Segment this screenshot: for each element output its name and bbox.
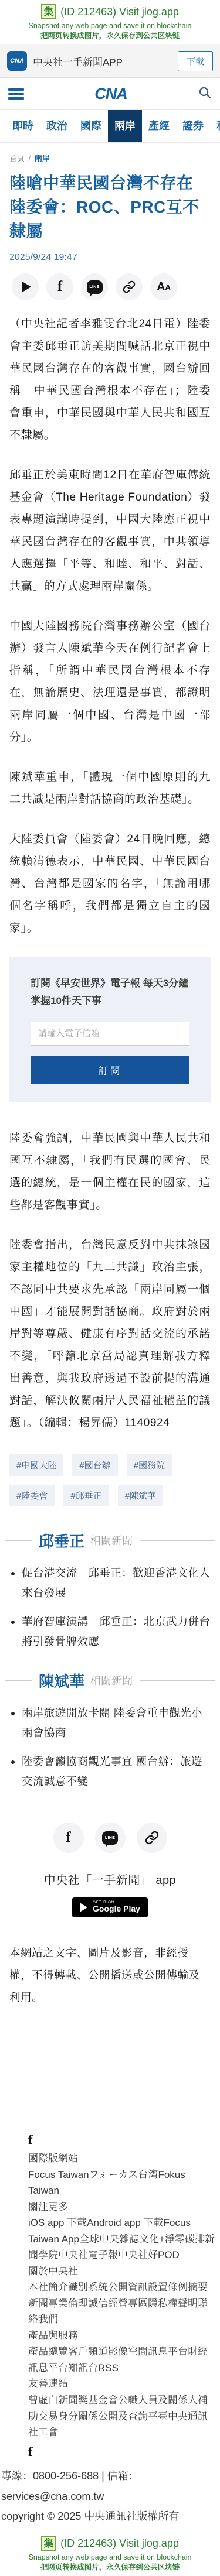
nav-item-instant[interactable]: 即時 (6, 110, 40, 142)
footer-link[interactable]: 客戶頻道 (68, 2346, 108, 2357)
app-promo: 中央社「一手新聞」 app GET IT ON Google Play (0, 1871, 220, 1917)
footer-link[interactable]: 中央社好POD (118, 2249, 180, 2260)
footer-heading[interactable]: 友善連結 (28, 2376, 216, 2392)
footer-copyright: copyright © 2025 中央通訊社版權所有 (0, 2507, 220, 2532)
text-to-speech-play-button[interactable] (12, 273, 39, 300)
promo-banner-subtitle-en: Snapshot any web page and save it on blo… (0, 2553, 220, 2563)
related-keyword-link[interactable]: 邱垂正 (39, 1530, 84, 1551)
link-icon (145, 1831, 159, 1845)
footer-group-products: 產品與服務 產品總覽客戶頻道影像空間訊息平台財經訊息平台知訊台RSS (28, 2328, 216, 2376)
copy-link-button[interactable] (137, 1823, 167, 1853)
jlog-logo-icon: 集 (41, 2536, 56, 2551)
article-body: （中央社記者李雅雯台北24日電）陸委會主委邱垂正訪美期間喊話北京正視中華民國台灣… (0, 307, 220, 940)
facebook-icon: f (57, 279, 62, 295)
google-play-badge-bottom: Google Play (93, 1904, 140, 1913)
menu-icon[interactable] (8, 88, 24, 100)
related-news-link[interactable]: 兩岸旅遊開放卡關 陸委會重申觀光小兩會協商 (22, 1703, 211, 1743)
breadcrumb-separator: / (29, 154, 31, 163)
footer-link[interactable]: 知訊台 (68, 2362, 98, 2373)
promo-banner-subtitle-en: Snapshot any web page and save it on blo… (0, 21, 220, 31)
hashtag-link[interactable]: #邱垂正 (63, 1485, 109, 1506)
share-toolbar: f LINE AA (0, 264, 220, 307)
font-size-icon: A (157, 280, 165, 294)
app-bar-title: 中央社一手新聞APP (33, 54, 178, 68)
site-header: CNA (0, 78, 220, 109)
footer-heading[interactable]: 關注更多 (28, 2199, 216, 2215)
site-footer: f 國際版網站 Focus Taiwanフォーカス台湾Fokus Taiwan … (0, 2129, 220, 2532)
cna-app-icon: CNA (7, 51, 27, 71)
footer-link[interactable]: RSS (98, 2362, 119, 2373)
newsletter-subscribe-button[interactable]: 訂閱 (31, 1056, 189, 1084)
nav-item-politics[interactable]: 政治 (40, 110, 74, 142)
related-news-link[interactable]: 華府智庫演講 邱垂正：北京武力併台將引發骨牌效應 (22, 1612, 211, 1652)
facebook-icon[interactable]: f (28, 2444, 33, 2459)
article-paragraph: （中央社記者李雅雯台北24日電）陸委會主委邱垂正訪美期間喊話北京正視中華民國台灣… (9, 313, 211, 447)
line-icon: LINE (102, 1831, 118, 1845)
article-paragraph: 陸委會強調，中華民國與中華人民共和國互不隸屬，「我們有民選的國會、民選的總統，是… (9, 1128, 211, 1217)
footer-heading[interactable]: 產品與服務 (28, 2328, 216, 2344)
divider-line (5, 1540, 32, 1541)
article-title: 陸嗆中華民國台灣不存在 陸委會：ROC、PRC互不隸屬 (9, 172, 211, 243)
facebook-icon[interactable]: f (28, 2132, 33, 2147)
footer-heading[interactable]: 關於中央社 (28, 2263, 216, 2280)
search-icon[interactable] (198, 85, 212, 102)
related-label: 相關新聞 (90, 1673, 133, 1688)
newsletter-heading: 訂閱《早安世界》電子報 每天3分鐘掌握10件天下事 (31, 975, 189, 1010)
footer-link[interactable]: Focus Taiwanフォーカス台湾 (28, 2169, 158, 2180)
divider-line (140, 1540, 215, 1541)
share-line-button[interactable]: LINE (81, 273, 108, 300)
footer-link[interactable]: 公開資訊 (108, 2282, 148, 2293)
article-paragraph: 大陸委員會（陸委會）24日晚回應，總統賴清德表示，中華民國、中華民國台灣、台灣都… (9, 828, 211, 940)
footer-link[interactable]: 新聞專業倫理 (28, 2298, 88, 2309)
google-play-badge[interactable]: GET IT ON Google Play (72, 1897, 148, 1917)
promo-banner-title[interactable]: (ID 212463) Visit jlog.app (60, 6, 179, 18)
footer-link[interactable]: 識別系統 (68, 2282, 108, 2293)
hashtag-link[interactable]: #陳斌華 (118, 1485, 163, 1506)
category-nav: 即時 政治 國際 兩岸 產經 證券 科技 (0, 109, 220, 143)
footer-group-international: 國際版網站 Focus Taiwanフォーカス台湾Fokus Taiwan (28, 2150, 216, 2199)
footer-link[interactable]: Android app 下載 (87, 2217, 163, 2228)
breadcrumb-section[interactable]: 兩岸 (35, 154, 50, 163)
promo-banner-subtitle-zh: 把网页转换成图片，永久保存到公共区块链 (0, 31, 220, 42)
nav-item-cross-strait[interactable]: 兩岸 (108, 110, 142, 142)
google-play-icon (80, 1903, 87, 1912)
cna-logo[interactable]: CNA (94, 85, 127, 103)
footer-contact: 專線：0800-256-688 | 信箱：services@cna.com.tw (0, 2462, 220, 2507)
share-facebook-button[interactable]: f (46, 273, 73, 300)
footer-link[interactable]: 隱私權聲明 (148, 2298, 198, 2309)
promo-banner-title[interactable]: (ID 212463) Visit jlog.app (60, 2537, 179, 2550)
hashtag-link[interactable]: #國台辦 (72, 1454, 117, 1476)
related-news-link[interactable]: 促台港交流 邱垂正：歡迎香港文化人來台發展 (22, 1563, 211, 1603)
related-keyword-link[interactable]: 陳斌華 (39, 1670, 84, 1691)
article-paragraph: 陳斌華重申，「體現一個中國原則的九二共識是兩岸對話協商的政治基礎」。 (9, 766, 211, 811)
divider-line (140, 1680, 215, 1681)
app-promo-title: 中央社「一手新聞」 app (0, 1871, 220, 1888)
footer-link[interactable]: iOS app 下載 (28, 2217, 87, 2228)
footer-link[interactable]: 本社簡介 (28, 2282, 68, 2293)
footer-group-follow: 關注更多 iOS app 下載Android app 下載Focus Taiwa… (28, 2199, 216, 2263)
divider-line (5, 1680, 32, 1681)
newsletter-box: 訂閱《早安世界》電子報 每天3分鐘掌握10件天下事 訂閱 (9, 957, 211, 1102)
hashtag-list: #中國大陸#國台辦#國務院#陸委會#邱垂正#陳斌華 (0, 1452, 220, 1512)
newsletter-email-input[interactable] (31, 1022, 189, 1046)
footer-link[interactable]: 訊息平台 (148, 2346, 188, 2357)
nav-item-economy[interactable]: 產經 (142, 110, 176, 142)
blank-space (0, 2009, 220, 2129)
footer-link[interactable]: 產品總覽 (28, 2346, 68, 2357)
link-icon (123, 280, 136, 293)
line-icon: LINE (87, 280, 103, 294)
footer-link[interactable]: 文化+ (139, 2234, 165, 2245)
nav-item-securities[interactable]: 證券 (176, 110, 210, 142)
related-news-list: 促台港交流 邱垂正：歡迎香港文化人來台發展華府智庫演講 邱垂正：北京武力併台將引… (9, 1563, 211, 1652)
footer-group-about: 關於中央社 本社簡介識別系統公開資訊設置條例摘要新聞專業倫理誠信經營專區隱私權聲… (28, 2263, 216, 2328)
related-news-list: 兩岸旅遊開放卡關 陸委會重申觀光小兩會協商陸委會籲協商觀光事宜 國台辦：旅遊交流… (9, 1703, 211, 1792)
article-paragraph: 中國大陸國務院台灣事務辦公室（國台辦）發言人陳斌華今天在例行記者會上指稱，「所謂… (9, 615, 211, 749)
related-label: 相關新聞 (90, 1533, 133, 1548)
footer-heading[interactable]: 國際版網站 (28, 2150, 216, 2167)
promo-banner-bottom: 集 (ID 212463) Visit jlog.app Snapshot an… (0, 2532, 220, 2576)
play-icon (22, 282, 31, 292)
footer-link[interactable]: 曾虛白新聞獎基金會 (28, 2395, 118, 2406)
footer-link[interactable]: 全球中央雜誌 (79, 2234, 139, 2245)
article-paragraph: 陸委會指出，台灣民意反對中共抹煞國家主權地位的「九二共識」政治主張，不認同中共要… (9, 1234, 211, 1434)
footer-link[interactable]: 淨零碳排 (165, 2234, 205, 2245)
hashtag-link[interactable]: #中國大陸 (9, 1454, 63, 1476)
nav-item-world[interactable]: 國際 (74, 110, 108, 142)
nav-item-technology[interactable]: 科技 (210, 110, 220, 142)
related-news-link[interactable]: 陸委會籲協商觀光事宜 國台辦：旅遊交流誠意不變 (22, 1752, 211, 1791)
footer-link[interactable]: 中央社電子報 (58, 2249, 118, 2260)
share-line-button[interactable]: LINE (95, 1823, 126, 1853)
article-paragraph: 邱垂正於美東時間12日在華府智庫傳統基金會（The Heritage Found… (9, 464, 211, 598)
app-download-bar: CNA 中央社一手新聞APP 下載 (0, 44, 220, 78)
article-date: 2025/9/24 19:47 (9, 252, 211, 263)
footer-link[interactable]: 影像空間 (108, 2346, 148, 2357)
promo-banner-top: 集 (ID 212463) Visit jlog.app Snapshot an… (0, 0, 220, 44)
promo-banner-subtitle-zh: 把网页转换成图片，永久保存到公共区块链 (0, 2563, 220, 2573)
facebook-icon: f (66, 1830, 70, 1846)
font-size-button[interactable]: AA (150, 273, 177, 300)
footer-link[interactable]: 誠信經營專區 (88, 2298, 148, 2309)
copyright-notice: 本網站之文字、圖片及影音，非經授權，不得轉載、公開播送或公開傳輸及利用。 (9, 1942, 211, 2009)
copy-link-button[interactable] (116, 273, 143, 300)
breadcrumb: 首頁 / 兩岸 (0, 143, 220, 166)
article-body-continued: 陸委會強調，中華民國與中華人民共和國互不隸屬，「我們有民選的國會、民選的總統，是… (0, 1122, 220, 1434)
breadcrumb-home[interactable]: 首頁 (9, 154, 25, 163)
share-toolbar-bottom: f LINE (0, 1800, 220, 1859)
jlog-logo-icon: 集 (41, 4, 56, 19)
related-news-section-2: 陳斌華 相關新聞 兩岸旅遊開放卡關 陸委會重申觀光小兩會協商陸委會籲協商觀光事宜… (0, 1670, 220, 1792)
footer-link[interactable]: 設置條例摘要 (148, 2282, 208, 2293)
hashtag-link[interactable]: #國務院 (127, 1454, 172, 1476)
footer-group-friendly-links: 友善連結 曾虛白新聞獎基金會公職人員及關係人補助交易身分關係公開及查詢平臺中央通… (28, 2376, 216, 2440)
related-news-section-1: 邱垂正 相關新聞 促台港交流 邱垂正：歡迎香港文化人來台發展華府智庫演講 邱垂正… (0, 1530, 220, 1652)
download-app-button[interactable]: 下載 (178, 51, 213, 71)
share-facebook-button[interactable]: f (53, 1823, 84, 1853)
hashtag-link[interactable]: #陸委會 (9, 1485, 55, 1506)
